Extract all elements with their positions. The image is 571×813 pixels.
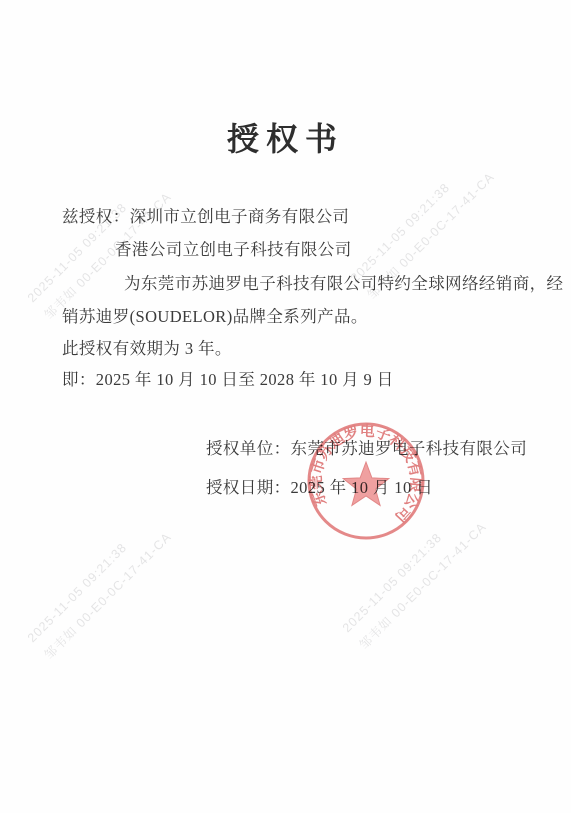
body-line-validity: 此授权有效期为 3 年。 [62,335,232,359]
signature-unit-label: 授权单位： [206,439,291,458]
watermark-timestamp: 2025-11-05 09:21:38 [345,150,484,289]
body-line-authorize: 兹授权：深圳市立创电子商务有限公司 [62,203,349,227]
body-line-hk-company: 香港公司立创电子科技有限公司 [115,236,352,260]
watermark-identity: 邹韦如 00-E0-0C-17-41-CA [39,527,178,666]
signature-date-label: 授权日期： [206,478,291,497]
body-line-brand: 销苏迪罗(SOUDELOR)品牌全系列产品。 [62,303,368,327]
watermark-timestamp: 2025-11-05 09:21:38 [22,510,161,649]
company-seal-stamp: 东莞市苏迪罗电子科技有限公司 [291,406,441,556]
authorization-letter-page: 2025-11-05 09:21:38 邹韦如 00-E0-0C-17-41-C… [0,0,571,813]
body-line-date-range: 即：2025 年 10 月 10 日至 2028 年 10 月 9 日 [62,366,394,390]
body-line-distributor: 为东莞市苏迪罗电子科技有限公司特约全球网络经销商，经 [124,270,563,294]
stamp-star-icon [343,462,389,505]
document-title: 授权书 [0,114,571,160]
watermark-group: 2025-11-05 09:21:38 邹韦如 00-E0-0C-17-41-C… [22,510,178,666]
